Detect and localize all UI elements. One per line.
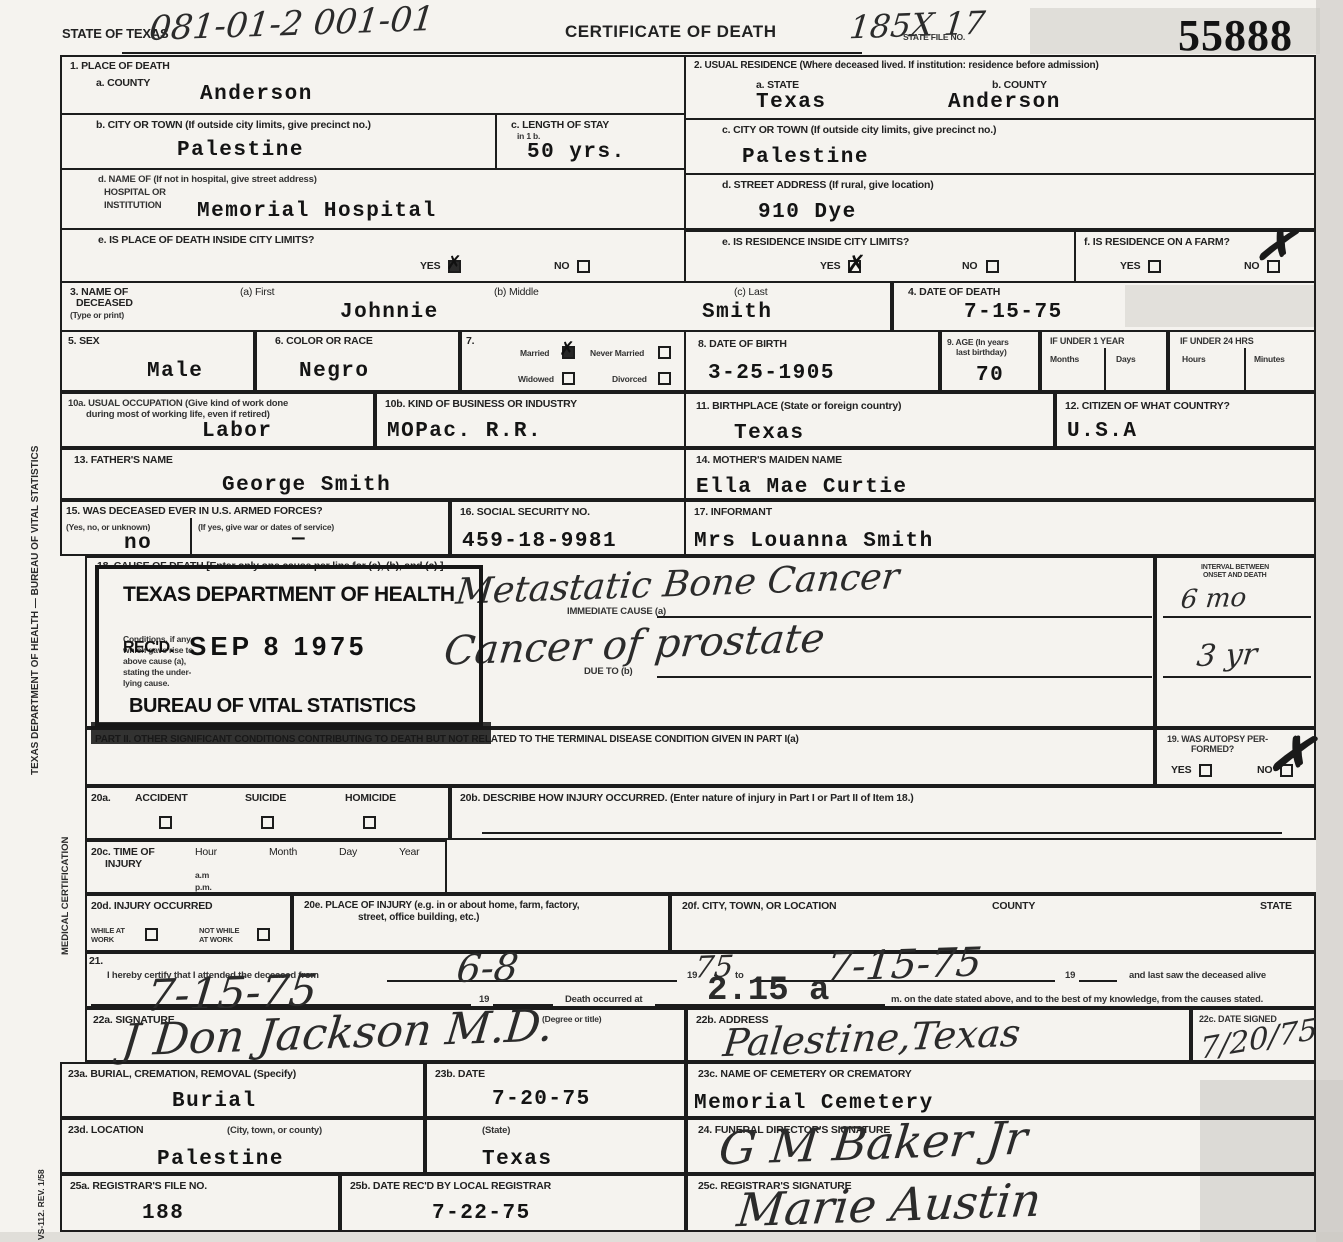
s18-line-a bbox=[657, 616, 1152, 618]
s1-yes-checkmark: ✗ bbox=[446, 252, 462, 274]
s20a-homicide-label: HOMICIDE bbox=[345, 792, 396, 804]
s18-interval-b: 3 yr bbox=[1195, 637, 1259, 674]
s20d-not1: NOT WHILE bbox=[199, 926, 239, 935]
s7-label: 7. bbox=[466, 335, 474, 347]
s20e-label2: street, office building, etc.) bbox=[358, 912, 479, 923]
cell-business-industry: 10b. KIND OF BUSINESS OR INDUSTRY MOPac.… bbox=[375, 392, 686, 448]
s16-label: 16. SOCIAL SECURITY NO. bbox=[460, 506, 590, 518]
s20b-blank-line bbox=[482, 832, 1282, 834]
s18-due-to-value: Cancer of prostate bbox=[442, 615, 827, 674]
s1-stay-value: 50 yrs. bbox=[527, 141, 626, 164]
s2-city-value: Palestine bbox=[742, 146, 869, 169]
cell-name-of-deceased: 3. NAME OF DECEASED (Type or print) (a) … bbox=[60, 281, 892, 332]
s2-state-label: a. STATE bbox=[756, 79, 799, 91]
s1-no-checkbox bbox=[577, 260, 590, 273]
cell-informant: 17. INFORMANT Mrs Louanna Smith bbox=[684, 500, 1316, 556]
s20a-suicide-checkbox bbox=[261, 816, 274, 829]
s1-city-label: b. CITY OR TOWN (If outside city limits,… bbox=[96, 119, 371, 131]
s23a-value: Burial bbox=[172, 1090, 257, 1113]
s13-value: George Smith bbox=[222, 474, 391, 497]
s15-sub2: (If yes, give war or dates of service) bbox=[198, 522, 334, 532]
cell-color-or-race: 6. COLOR OR RACE Negro bbox=[255, 330, 460, 392]
s20c-month-label: Month bbox=[269, 846, 297, 858]
scan-artifact bbox=[1316, 0, 1343, 1242]
cell-place-of-injury: 20e. PLACE OF INJURY (e.g. in or about h… bbox=[292, 894, 670, 952]
s9-under-24-label: IF UNDER 24 HRS bbox=[1180, 336, 1254, 346]
cell-address: 22b. ADDRESS Palestine,Texas bbox=[686, 1008, 1191, 1062]
cell-residence-farm: f. IS RESIDENCE ON A FARM? YES NO ✗ bbox=[1074, 230, 1316, 283]
s2-state-value: Texas bbox=[756, 91, 827, 114]
s9-divider2 bbox=[1244, 348, 1246, 391]
s2-county-label: b. COUNTY bbox=[992, 79, 1047, 91]
s2f-yes-checkbox bbox=[1148, 260, 1161, 273]
s20d-label: 20d. INJURY OCCURRED bbox=[91, 900, 212, 912]
s15-value: no bbox=[124, 532, 152, 555]
cell-city-of-death: b. CITY OR TOWN (If outside city limits,… bbox=[60, 113, 497, 170]
s24-signature-handwritten: G M Baker Jr bbox=[716, 1111, 1029, 1176]
s19-label1: 19. WAS AUTOPSY PER- bbox=[1167, 734, 1268, 744]
cell-date-of-birth: 8. DATE OF BIRTH 3-25-1905 bbox=[684, 330, 940, 392]
s1-limits-label: e. IS PLACE OF DEATH INSIDE CITY LIMITS? bbox=[98, 234, 314, 246]
s20d-while1: WHILE AT bbox=[91, 926, 125, 935]
cell-armed-forces: 15. WAS DECEASED EVER IN U.S. ARMED FORC… bbox=[60, 500, 450, 556]
s7-widowed-checkbox bbox=[562, 372, 575, 385]
s1-title: 1. PLACE OF DEATH bbox=[70, 60, 170, 72]
cell-mothers-maiden-name: 14. MOTHER'S MAIDEN NAME Ella Mae Curtie bbox=[684, 448, 1316, 500]
s3-last-label: (c) Last bbox=[734, 286, 767, 298]
s9-label2: last birthday) bbox=[956, 347, 1007, 357]
s22a-signature-handwritten: J Don Jackson M.D. bbox=[119, 1001, 555, 1067]
s19-yes-label: YES bbox=[1171, 764, 1191, 776]
s3-last-value: Smith bbox=[702, 301, 773, 324]
s2f-no-handwritten-x: ✗ bbox=[1252, 216, 1298, 275]
s1-no-label: NO bbox=[554, 260, 569, 272]
s2-title: 2. USUAL RESIDENCE (Where deceased lived… bbox=[694, 60, 1099, 71]
s20a-suicide-label: SUICIDE bbox=[245, 792, 286, 804]
s23a-label: 23a. BURIAL, CREMATION, REMOVAL (Specify… bbox=[68, 1068, 296, 1080]
s9-days-label: Days bbox=[1116, 354, 1136, 364]
s19-no-handwritten-x: ✗ bbox=[1265, 721, 1317, 787]
s10a-value: Labor bbox=[202, 420, 273, 443]
stamp-date: SEP 8 1975 bbox=[189, 631, 367, 662]
cell-marital-status: 7. Married ✗ Never Married Widowed Divor… bbox=[460, 330, 686, 392]
s4-label: 4. DATE OF DEATH bbox=[908, 286, 1000, 298]
margin-form-number: VS-112. REV. 1/58 bbox=[36, 1125, 46, 1240]
s4-value: 7-15-75 bbox=[964, 301, 1063, 324]
s20d-not-while-checkbox bbox=[257, 928, 270, 941]
s21-from-handwritten: 6-8 bbox=[455, 945, 521, 991]
cell-accident-suicide-homicide: 20a. ACCIDENT SUICIDE HOMICIDE bbox=[85, 786, 450, 840]
s20d-while2: WORK bbox=[91, 935, 114, 944]
cell-date-signed: 22c. DATE SIGNED 7/20/75 bbox=[1191, 1008, 1316, 1062]
s20f-label: 20f. CITY, TOWN, OR LOCATION bbox=[682, 900, 836, 912]
cell-burial-location: 23d. LOCATION (City, town, or county) Pa… bbox=[60, 1118, 425, 1174]
s21-death-text: Death occurred at bbox=[565, 994, 642, 1005]
header-handwritten-code: 081-01-2 001-01 bbox=[147, 0, 436, 49]
s2e-yes-checkmark: ✗ bbox=[846, 250, 866, 278]
cell-place-of-death: 1. PLACE OF DEATH a. COUNTY Anderson bbox=[60, 55, 686, 115]
s23d-label: 23d. LOCATION bbox=[68, 1124, 143, 1136]
s12-label: 12. CITIZEN OF WHAT COUNTRY? bbox=[1065, 400, 1230, 412]
s18-immediate-value: Metastatic Bone Cancer bbox=[454, 556, 901, 612]
s7-divorced-label: Divorced bbox=[612, 374, 647, 384]
cell-death-city-limits: e. IS PLACE OF DEATH INSIDE CITY LIMITS?… bbox=[60, 228, 686, 283]
s15-dash: — bbox=[292, 528, 306, 551]
s1-yes-label: YES bbox=[420, 260, 440, 272]
s20c-pm-label: p.m. bbox=[195, 882, 212, 892]
s1-hospital-label3: INSTITUTION bbox=[104, 200, 161, 211]
s14-value: Ella Mae Curtie bbox=[696, 476, 908, 499]
s17-label: 17. INFORMANT bbox=[694, 506, 772, 518]
s20a-label: 20a. bbox=[91, 792, 111, 804]
s10a-label1: 10a. USUAL OCCUPATION (Give kind of work… bbox=[68, 398, 288, 409]
cell-certification: 21. I hereby certify that I attended the… bbox=[85, 952, 1316, 1008]
s13-label: 13. FATHER'S NAME bbox=[74, 454, 173, 466]
cell-sex: 5. SEX Male bbox=[60, 330, 255, 392]
s25a-value: 188 bbox=[142, 1202, 184, 1225]
s20f-county-label: COUNTY bbox=[992, 900, 1035, 912]
cell-signature: 22a. SIGNATURE (Degree or title) J Don J… bbox=[85, 1008, 686, 1062]
cell-burial-type: 23a. BURIAL, CREMATION, REMOVAL (Specify… bbox=[60, 1062, 425, 1118]
s21-blank1 bbox=[387, 980, 677, 982]
s18-interval-a: 6 mo bbox=[1179, 583, 1248, 615]
s9-label1: 9. AGE (In years bbox=[947, 337, 1009, 347]
cell-hospital: d. NAME OF (If not in hospital, give str… bbox=[60, 168, 686, 230]
s20c-hour-label: Hour bbox=[195, 846, 217, 858]
s17-value: Mrs Louanna Smith bbox=[694, 530, 934, 553]
s15-label: 15. WAS DECEASED EVER IN U.S. ARMED FORC… bbox=[66, 505, 322, 517]
s23c-value: Memorial Cemetery bbox=[694, 1092, 934, 1115]
cell-interval: INTERVAL BETWEEN ONSET AND DEATH 6 mo 3 … bbox=[1155, 556, 1316, 728]
s25c-signature-handwritten: Marie Austin bbox=[735, 1173, 1044, 1238]
header-title: CERTIFICATE OF DEATH bbox=[565, 22, 776, 42]
cell-describe-injury: 20b. DESCRIBE HOW INJURY OCCURRED. (Ente… bbox=[450, 786, 1316, 840]
s9-value: 70 bbox=[976, 364, 1004, 387]
s23d-city-label: (City, town, or county) bbox=[227, 1125, 322, 1136]
s2-street-label: d. STREET ADDRESS (If rural, give locati… bbox=[722, 179, 934, 191]
s20c-am-label: a.m bbox=[195, 870, 209, 880]
stamp-line1: TEXAS DEPARTMENT OF HEALTH bbox=[123, 583, 455, 607]
s1-hospital-label2: HOSPITAL OR bbox=[104, 187, 166, 198]
header-cert-number: 55888 bbox=[1178, 10, 1293, 61]
s2e-yes-label: YES bbox=[820, 260, 840, 272]
cell-part2: PART II. OTHER SIGNIFICANT CONDITIONS CO… bbox=[85, 728, 1155, 786]
s23c-label: 23c. NAME OF CEMETERY OR CREMATORY bbox=[698, 1068, 912, 1080]
cell-burial-date: 23b. DATE 7-20-75 bbox=[425, 1062, 686, 1118]
s18-interval-line-a bbox=[1163, 616, 1311, 618]
cell-funeral-director: 24. FUNERAL DIRECTOR'S SIGNATURE G M Bak… bbox=[686, 1118, 1316, 1174]
cell-usual-occupation: 10a. USUAL OCCUPATION (Give kind of work… bbox=[60, 392, 375, 448]
s19-label2: FORMED? bbox=[1191, 744, 1234, 754]
s7-never-married-checkbox bbox=[658, 346, 671, 359]
s18-interval-header1: INTERVAL BETWEEN bbox=[1201, 564, 1269, 571]
s3-middle-label: (b) Middle bbox=[494, 286, 539, 298]
margin-medical-certification-label: MEDICAL CERTIFICATION bbox=[60, 715, 71, 955]
s3-first-label: (a) First bbox=[240, 286, 274, 298]
s8-label: 8. DATE OF BIRTH bbox=[698, 338, 787, 350]
s23d-state-label: (State) bbox=[482, 1125, 510, 1136]
s15-divider bbox=[190, 518, 192, 558]
s2-street-value: 910 Dye bbox=[758, 201, 857, 224]
s12-value: U.S.A bbox=[1067, 420, 1138, 443]
s20c-day-label: Day bbox=[339, 846, 357, 858]
s1-hospital-value: Memorial Hospital bbox=[197, 200, 437, 223]
s2e-no-label: NO bbox=[962, 260, 977, 272]
s7-married-label: Married bbox=[520, 348, 549, 358]
s2-county-value: Anderson bbox=[948, 91, 1061, 114]
cell-injury-location: 20f. CITY, TOWN, OR LOCATION COUNTY STAT… bbox=[670, 894, 1316, 952]
s21-yr2: 19 bbox=[1065, 970, 1075, 981]
cell-residence-city-limits: e. IS RESIDENCE INSIDE CITY LIMITS? YES … bbox=[684, 230, 1076, 283]
s5-label: 5. SEX bbox=[68, 335, 99, 347]
cell-cemetery: 23c. NAME OF CEMETERY OR CREMATORY Memor… bbox=[686, 1062, 1316, 1118]
s1-county-value: Anderson bbox=[200, 83, 313, 106]
s15-sub1: (Yes, no, or unknown) bbox=[66, 522, 150, 532]
s21-line1b: and last saw the deceased alive bbox=[1129, 970, 1266, 981]
s1-stay-label: c. LENGTH OF STAY bbox=[511, 119, 609, 131]
s18-interval-line-b bbox=[1163, 676, 1311, 678]
s21-num: 21. bbox=[89, 955, 103, 967]
s9-minutes-label: Minutes bbox=[1254, 354, 1285, 364]
s3-title2: DECEASED bbox=[76, 297, 133, 309]
s7-married-checkmark: ✗ bbox=[559, 338, 575, 360]
s21-time-handwritten: 2.15 a bbox=[707, 972, 829, 1010]
s20d-while-checkbox bbox=[145, 928, 158, 941]
s20d-not2: AT WORK bbox=[199, 935, 233, 944]
s25b-label: 25b. DATE REC'D BY LOCAL REGISTRAR bbox=[350, 1180, 551, 1192]
s14-label: 14. MOTHER'S MAIDEN NAME bbox=[696, 454, 842, 466]
stamp-recd: REC'D. bbox=[123, 639, 174, 657]
s2-limits-label: e. IS RESIDENCE INSIDE CITY LIMITS? bbox=[722, 236, 909, 248]
cell-fathers-name: 13. FATHER'S NAME George Smith bbox=[60, 448, 686, 500]
s1-county-label: a. COUNTY bbox=[96, 77, 150, 89]
s9-months-label: Months bbox=[1050, 354, 1079, 364]
s18-interval-header2: ONSET AND DEATH bbox=[1203, 572, 1267, 579]
s20c-label2: INJURY bbox=[105, 858, 142, 870]
s20a-accident-label: ACCIDENT bbox=[135, 792, 188, 804]
s20a-homicide-checkbox bbox=[363, 816, 376, 829]
cell-street-address: d. STREET ADDRESS (If rural, give locati… bbox=[684, 173, 1316, 230]
s1-stay-label2: in 1 b. bbox=[517, 131, 540, 141]
s2f-yes-label: YES bbox=[1120, 260, 1140, 272]
s21-line2b: m. on the date stated above, and to the … bbox=[891, 994, 1263, 1005]
s6-value: Negro bbox=[299, 360, 370, 383]
cell-time-of-injury: 20c. TIME OF INJURY Hour Month Day Year … bbox=[85, 840, 447, 894]
s20b-label: 20b. DESCRIBE HOW INJURY OCCURRED. (Ente… bbox=[460, 792, 914, 804]
s23b-label: 23b. DATE bbox=[435, 1068, 485, 1080]
cell-injury-occurred: 20d. INJURY OCCURRED WHILE AT WORK NOT W… bbox=[85, 894, 292, 952]
s25b-value: 7-22-75 bbox=[432, 1202, 531, 1225]
s20f-state-label: STATE bbox=[1260, 900, 1292, 912]
s3-first-value: Johnnie bbox=[340, 301, 439, 324]
cell-age: 9. AGE (In years last birthday) 70 bbox=[940, 330, 1040, 392]
s5-value: Male bbox=[147, 360, 203, 383]
s9-hours-label: Hours bbox=[1182, 354, 1206, 364]
s20a-accident-checkbox bbox=[159, 816, 172, 829]
cell-if-under-24-hrs: IF UNDER 24 HRS Hours Minutes bbox=[1168, 330, 1316, 392]
cell-if-under-1-year: IF UNDER 1 YEAR Months Days bbox=[1040, 330, 1168, 392]
header-rule bbox=[122, 52, 862, 54]
cell-citizen: 12. CITIZEN OF WHAT COUNTRY? U.S.A bbox=[1055, 392, 1316, 448]
death-certificate-scan: TEXAS DEPARTMENT OF HEALTH — BUREAU OF V… bbox=[0, 0, 1343, 1242]
cell-length-of-stay: c. LENGTH OF STAY in 1 b. 50 yrs. bbox=[495, 113, 686, 170]
s6-label: 6. COLOR OR RACE bbox=[275, 335, 373, 347]
s2-city-label: c. CITY OR TOWN (If outside city limits,… bbox=[722, 124, 996, 136]
s21-to-handwritten: 7-15-75 bbox=[824, 939, 984, 990]
header-state-file-no-label: STATE FILE NO. bbox=[903, 32, 965, 42]
s10b-label: 10b. KIND OF BUSINESS OR INDUSTRY bbox=[385, 398, 577, 410]
cell-residence-city: c. CITY OR TOWN (If outside city limits,… bbox=[684, 118, 1316, 175]
margin-department-label: TEXAS DEPARTMENT OF HEALTH — BUREAU OF V… bbox=[30, 215, 41, 775]
s8-value: 3-25-1905 bbox=[708, 362, 835, 385]
s20c-year-label: Year bbox=[399, 846, 419, 858]
s25a-label: 25a. REGISTRAR'S FILE NO. bbox=[70, 1180, 207, 1192]
s11-value: Texas bbox=[734, 422, 805, 445]
s18-line-b bbox=[657, 676, 1152, 678]
s7-widowed-label: Widowed bbox=[518, 374, 554, 384]
s3-title3: (Type or print) bbox=[70, 310, 124, 320]
s7-never-married-label: Never Married bbox=[590, 348, 644, 358]
cell-autopsy: 19. WAS AUTOPSY PER- FORMED? YES NO ✗ bbox=[1155, 728, 1316, 786]
s2-farm-label: f. IS RESIDENCE ON A FARM? bbox=[1084, 236, 1230, 248]
s23d-state-value: Texas bbox=[482, 1148, 553, 1171]
cell-ssn: 16. SOCIAL SECURITY NO. 459-18-9981 bbox=[450, 500, 686, 556]
s20e-label1: 20e. PLACE OF INJURY (e.g. in or about h… bbox=[304, 900, 579, 911]
cell-date-of-death: 4. DATE OF DEATH 7-15-75 bbox=[892, 281, 1316, 332]
s9-divider bbox=[1104, 348, 1106, 391]
cell-usual-residence: 2. USUAL RESIDENCE (Where deceased lived… bbox=[684, 55, 1316, 120]
cell-birthplace: 11. BIRTHPLACE (State or foreign country… bbox=[684, 392, 1055, 448]
s1-hospital-label1: d. NAME OF (If not in hospital, give str… bbox=[98, 174, 317, 185]
s7-divorced-checkbox bbox=[658, 372, 671, 385]
s10b-value: MOPac. R.R. bbox=[387, 420, 542, 443]
s10a-label2: during most of working life, even if ret… bbox=[86, 409, 270, 420]
s19-yes-checkbox bbox=[1199, 764, 1212, 777]
cell-registrars-file-no: 25a. REGISTRAR'S FILE NO. 188 bbox=[60, 1174, 340, 1232]
s22b-value-handwritten: Palestine,Texas bbox=[721, 1011, 1023, 1065]
stamp-line3: BUREAU OF VITAL STATISTICS bbox=[129, 695, 416, 718]
s2e-no-checkbox bbox=[986, 260, 999, 273]
s16-value: 459-18-9981 bbox=[462, 530, 617, 553]
received-stamp: TEXAS DEPARTMENT OF HEALTH REC'D. SEP 8 … bbox=[95, 565, 483, 727]
s21-blank3 bbox=[1079, 980, 1117, 982]
scan-artifact bbox=[0, 1232, 1343, 1242]
s23b-value: 7-20-75 bbox=[492, 1088, 591, 1111]
cell-registrars-signature: 25c. REGISTRAR'S SIGNATURE Marie Austin bbox=[686, 1174, 1316, 1232]
cell-date-recd: 25b. DATE REC'D BY LOCAL REGISTRAR 7-22-… bbox=[340, 1174, 686, 1232]
s1-city-value: Palestine bbox=[177, 139, 304, 162]
cell-burial-state: (State) Texas bbox=[425, 1118, 686, 1174]
stamp-smudge bbox=[91, 722, 491, 744]
s11-label: 11. BIRTHPLACE (State or foreign country… bbox=[696, 400, 901, 412]
s20c-label1: 20c. TIME OF bbox=[91, 846, 155, 858]
s9-under-year-label: IF UNDER 1 YEAR bbox=[1050, 336, 1124, 346]
s23d-city-value: Palestine bbox=[157, 1148, 284, 1171]
